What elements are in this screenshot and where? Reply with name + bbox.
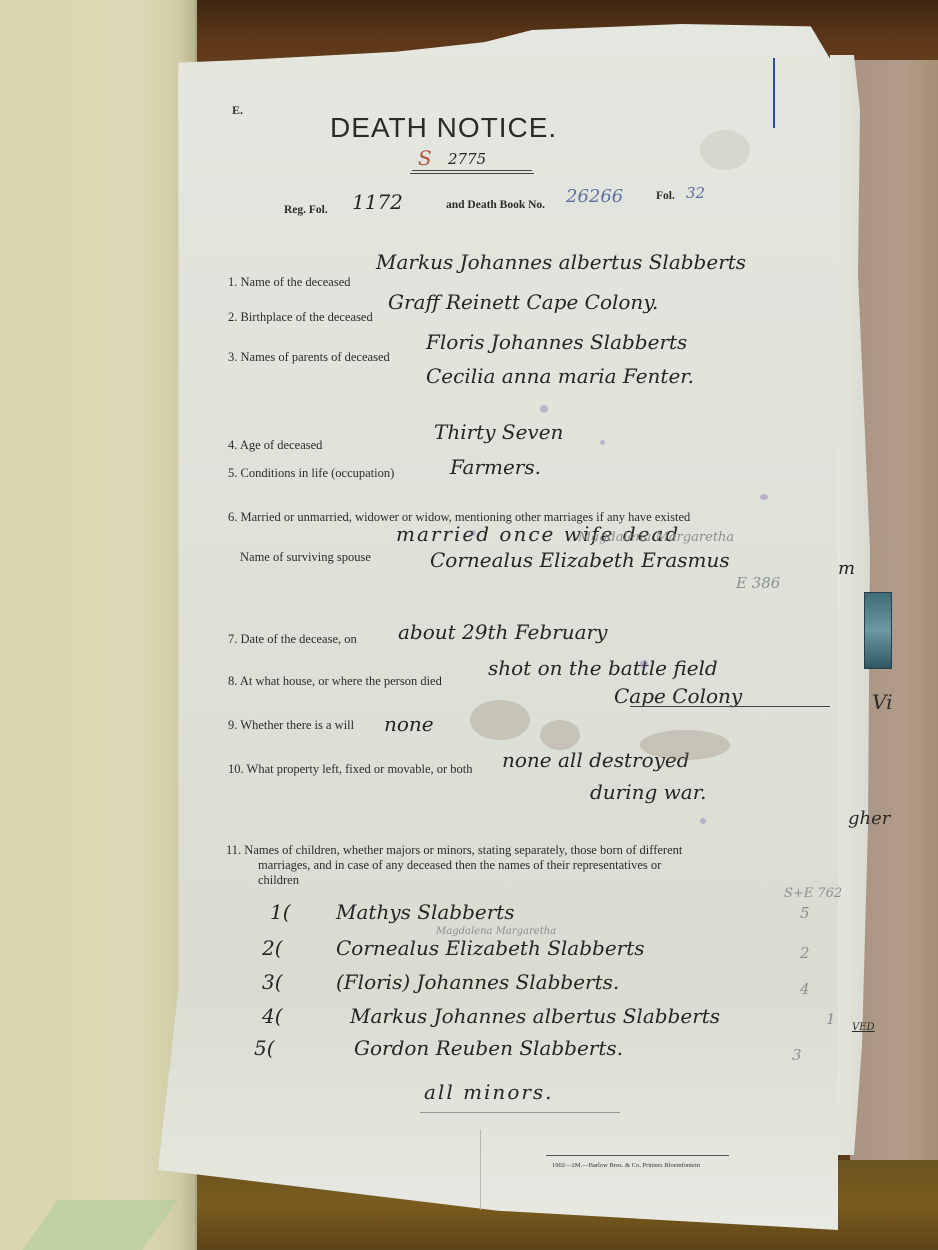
paper-stain [700, 130, 750, 170]
printer-imprint: 1902—2M.—Barlow Bros. & Co. Printers Blo… [552, 1162, 700, 1169]
death-book-value: 26266 [566, 186, 623, 207]
place-of-death-value: shot on the battle field [488, 656, 718, 680]
child-name: Markus Johannes albertus Slabberts [350, 1004, 720, 1028]
field-label: 3. Names of parents of deceased [228, 350, 390, 365]
property-value-2: during war. [590, 780, 706, 804]
place-underline [630, 706, 830, 707]
parents-father-value: Floris Johannes Slabberts [426, 330, 687, 354]
field-number: 6. [228, 510, 237, 524]
reg-fol-value: 1172 [352, 190, 403, 214]
field-number: 2. [228, 310, 237, 324]
children-margin-note: S+E 762 [784, 886, 842, 901]
field-number: 11. [226, 843, 241, 857]
field-number: 7. [228, 632, 237, 646]
child-index: 1( [270, 900, 291, 924]
child-margin-number: 2 [800, 944, 810, 962]
age-value: Thirty Seven [434, 420, 563, 444]
field-label: 2. Birthplace of the deceased [228, 310, 373, 325]
field-label-text: Date of the decease, on [241, 632, 357, 646]
field-number: 1. [228, 275, 237, 289]
blue-pen-mark [773, 58, 775, 128]
fol-label: Fol. [656, 190, 675, 202]
deceased-name-value: Markus Johannes albertus Slabberts [376, 250, 746, 274]
parents-mother-value: Cecilia anna maria Fenter. [426, 364, 694, 388]
child-name: Mathys Slabberts [336, 900, 515, 924]
paper-stain [640, 730, 730, 760]
field-label-text: Names of children, whether majors or min… [244, 843, 682, 857]
field-label-text: Names of parents of deceased [241, 350, 390, 364]
estate-number: 2775 [448, 150, 486, 168]
will-value: none [384, 712, 434, 736]
death-notice-content: E. DEATH NOTICE. S 2775 Reg. Fol. 1172 a… [0, 0, 938, 1250]
place-of-death-value-2: Cape Colony [614, 684, 742, 708]
child-name: Cornealus Elizabeth Slabberts [336, 936, 645, 960]
surviving-spouse-label: Name of surviving spouse [240, 550, 371, 565]
child-index: 4( [262, 1004, 283, 1028]
date-of-decease-value: about 29th February [398, 620, 607, 644]
field-label-text: Name of the deceased [241, 275, 351, 289]
field-label: 5. Conditions in life (occupation) [228, 466, 394, 481]
field-label: 11. Names of children, whether majors or… [226, 843, 682, 858]
child-name: Gordon Reuben Slabberts. [354, 1036, 623, 1060]
spouse-ref-number: E 386 [736, 574, 780, 592]
field-label-text: At what house, or where the person died [240, 674, 442, 688]
children-note: all minors. [424, 1080, 554, 1104]
spouse-margin-mark: m [838, 558, 855, 579]
page-title: DEATH NOTICE. [330, 112, 557, 144]
field-label-text: Whether there is a will [240, 718, 354, 732]
child-margin-number: 5 [800, 904, 810, 922]
child-index: 3( [262, 970, 283, 994]
field-label: 4. Age of deceased [228, 438, 322, 453]
ink-speck [700, 818, 706, 824]
estate-number-underline [410, 173, 534, 174]
ink-speck [640, 660, 648, 668]
ink-speck [600, 440, 605, 445]
child-index: 5( [254, 1036, 275, 1060]
field-label-continued: marriages, and in case of any deceased t… [258, 858, 661, 873]
field-number: 8. [228, 674, 237, 688]
child-name: (Floris) Johannes Slabberts. [336, 970, 619, 994]
occupation-value: Farmers. [450, 455, 541, 479]
printer-rule [546, 1155, 729, 1156]
child-margin-number: 4 [800, 980, 810, 998]
fol-value: 32 [686, 184, 705, 202]
estate-prefix-mark: S [418, 146, 432, 170]
field-number: 4. [228, 438, 237, 452]
field-label-text: Birthplace of the deceased [241, 310, 373, 324]
field-number: 5. [228, 466, 237, 480]
ink-speck [540, 405, 548, 413]
field-label-text: What property left, fixed or movable, or… [247, 762, 473, 776]
children-note-rule [420, 1112, 620, 1113]
field-number: 3. [228, 350, 237, 364]
surviving-spouse-value: Cornealus Elizabeth Erasmus [430, 548, 730, 572]
death-book-label: and Death Book No. [446, 199, 545, 211]
paper-fold [480, 1130, 481, 1210]
field-label-continued: children [258, 873, 299, 888]
ink-speck [470, 530, 476, 536]
field-label: 1. Name of the deceased [228, 275, 351, 290]
form-letter: E. [232, 103, 243, 118]
child-margin-number: 1 [826, 1010, 836, 1028]
birthplace-value: Graff Reinett Cape Colony. [388, 290, 658, 314]
reg-fol-label: Reg. Fol. [284, 204, 328, 216]
field-label: 9. Whether there is a will [228, 718, 354, 733]
child-index: 2( [262, 936, 283, 960]
estate-number-underline [412, 170, 532, 171]
spouse-annotation: Magdalena Margaretha [578, 530, 734, 545]
field-label-text: Conditions in life (occupation) [241, 466, 395, 480]
paper-stain [470, 700, 530, 740]
field-number: 10. [228, 762, 244, 776]
field-label: 10. What property left, fixed or movable… [228, 762, 473, 777]
ink-speck [760, 494, 768, 500]
field-label: 8. At what house, or where the person di… [228, 674, 442, 689]
field-label-text: Age of deceased [240, 438, 323, 452]
child-margin-number: 3 [792, 1046, 802, 1064]
paper-stain [540, 720, 580, 750]
field-label: 7. Date of the decease, on [228, 632, 357, 647]
field-number: 9. [228, 718, 237, 732]
